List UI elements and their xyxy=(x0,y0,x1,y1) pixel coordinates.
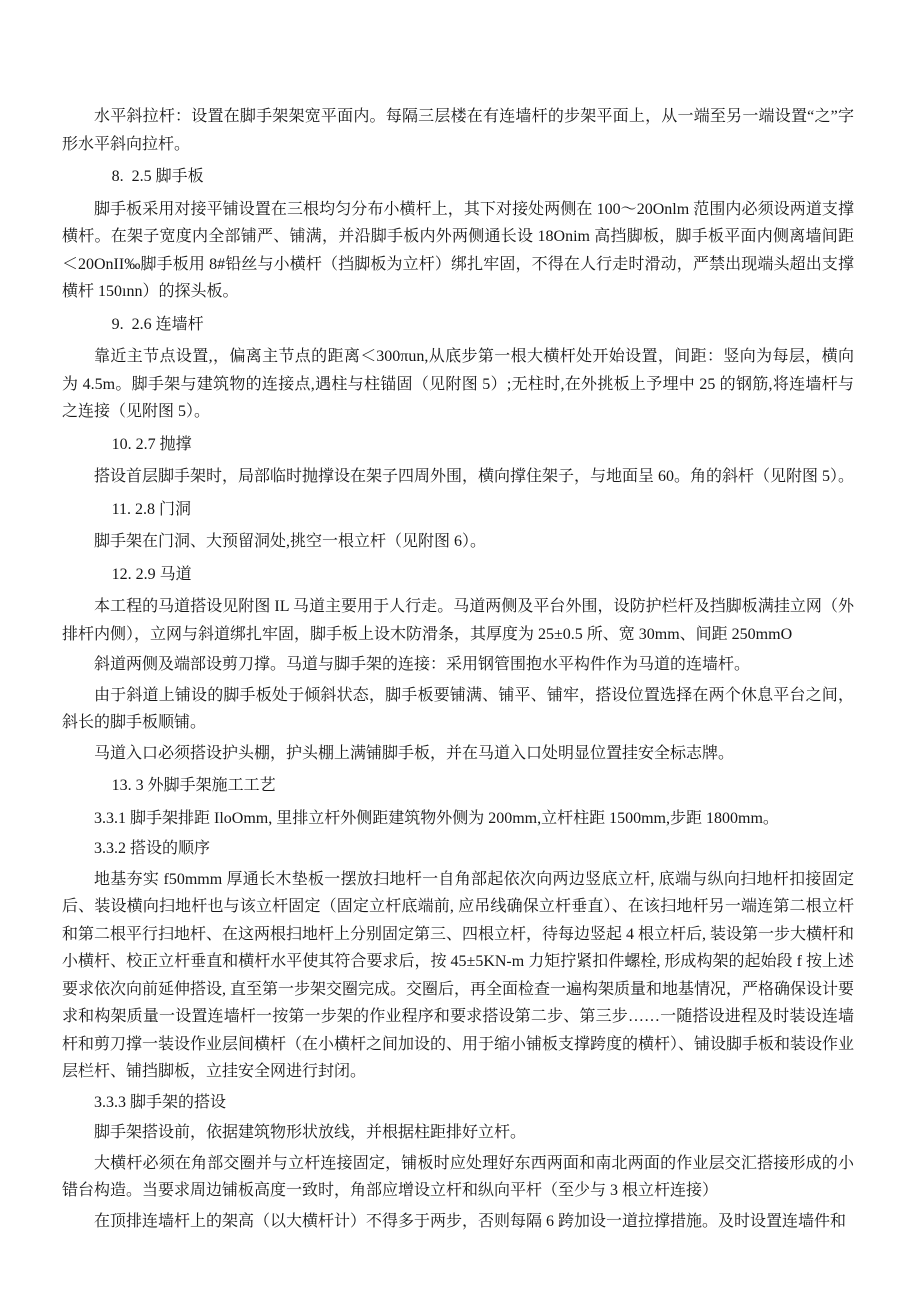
paragraph: 本工程的马道搭设见附图 IL 马道主要用于人行走。马道两侧及平台外围，设防护栏杆… xyxy=(62,593,854,648)
paragraph: 在顶排连墙杆上的架高（以大横杆计）不得多于两步，否则每隔 6 跨加设一道拉撑措施… xyxy=(62,1208,854,1236)
document-page: 水平斜拉杆：设置在脚手架架宽平面内。每隔三层楼在有连墙杆的步架平面上，从一端至另… xyxy=(0,0,920,1301)
paragraph: 大横杆必须在角部交圈并与立杆连接固定，铺板时应处理好东西两面和南北两面的作业层交… xyxy=(62,1150,854,1205)
paragraph: 由于斜道上铺设的脚手板处于倾斜状态，脚手板要铺满、铺平、铺牢，搭设位置选择在两个… xyxy=(62,682,854,737)
paragraph: 地基夯实 f50mmm 厚通长木垫板一摆放扫地杆一自角部起依次向两边竖底立杆, … xyxy=(62,866,854,1086)
section-heading: 11. 2.8 门洞 xyxy=(62,496,854,524)
section-heading: 12. 2.9 马道 xyxy=(62,561,854,589)
paragraph: 脚手架在门洞、大预留洞处,挑空一根立杆（见附图 6）。 xyxy=(62,528,854,556)
section-heading: 8. 2.5 脚手板 xyxy=(62,163,854,191)
section-heading: 9. 2.6 连墙杆 xyxy=(62,311,854,339)
paragraph: 水平斜拉杆：设置在脚手架架宽平面内。每隔三层楼在有连墙杆的步架平面上，从一端至另… xyxy=(62,103,854,158)
paragraph: 搭设首层脚手架时，局部临时抛撑设在架子四周外围，横向撑住架子，与地面呈 60。角… xyxy=(62,463,854,491)
paragraph: 靠近主节点设置,，偏离主节点的距离＜300πun,从底步第一根大横杆处开始设置，… xyxy=(62,343,854,426)
paragraph: 3.3.1 脚手架排距 IloOmm, 里排立杆外侧距建筑物外侧为 200mm,… xyxy=(62,805,854,833)
paragraph: 斜道两侧及端部设剪刀撑。马道与脚手架的连接：采用钢管围抱水平构件作为马道的连墙杆… xyxy=(62,651,854,679)
section-heading: 13. 3 外脚手架施工工艺 xyxy=(62,772,854,800)
paragraph: 马道入口必须搭设护头棚，护头棚上满铺脚手板，并在马道入口处明显位置挂安全标志牌。 xyxy=(62,740,854,768)
section-heading: 10. 2.7 抛撑 xyxy=(62,431,854,459)
paragraph: 脚手架搭设前，依据建筑物形状放线，并根据柱距排好立杆。 xyxy=(62,1119,854,1147)
paragraph: 3.3.3 脚手架的搭设 xyxy=(62,1089,854,1117)
paragraph: 3.3.2 搭设的顺序 xyxy=(62,835,854,863)
paragraph: 脚手板采用对接平铺设置在三根均匀分布小横杆上，其下对接处两侧在 100～20On… xyxy=(62,196,854,306)
document-content: 水平斜拉杆：设置在脚手架架宽平面内。每隔三层楼在有连墙杆的步架平面上，从一端至另… xyxy=(62,103,854,1238)
